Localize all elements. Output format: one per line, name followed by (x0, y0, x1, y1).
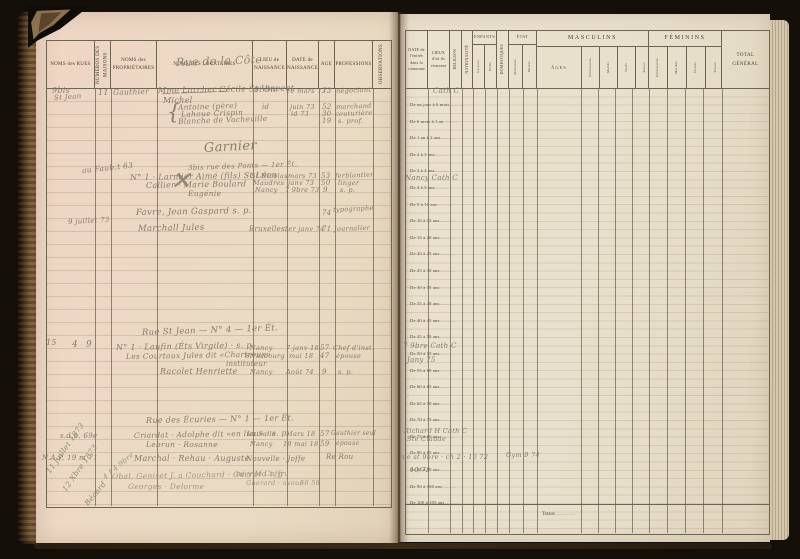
subcol-militaires: Militaires (509, 45, 523, 88)
book-bottom-edge (34, 543, 772, 549)
subcol-fem-celibataires: Célibataires (649, 47, 668, 88)
col-header-label: DATE de NAISSANCE (287, 57, 318, 72)
column-rule (462, 89, 463, 533)
column-rule (581, 89, 582, 533)
totaux-row: Totaux (406, 504, 769, 533)
age-row-label: De 5 à 10 ans (410, 202, 452, 207)
ages-label: ÂGES (551, 64, 567, 71)
col-header-label: OBSERVATIONS (378, 44, 386, 84)
left-table-body (47, 89, 391, 506)
right-table-header: DATE de l'entrée dans la commune LIEUX d… (406, 31, 769, 89)
subcol-masc-celibataires: Célibataires (582, 47, 600, 88)
subcol-label: Totaux (713, 62, 719, 73)
subcol-label: Célibataires (655, 58, 661, 77)
col-header-total-general: TOTAL GÉNÉRAL (722, 31, 769, 88)
age-row-label: De 55 à 60 ans (410, 368, 454, 373)
age-row-label: De 4 à 5 ans (410, 185, 449, 190)
age-row-label: De 30 à 35 ans (410, 285, 454, 290)
column-rule (667, 89, 668, 533)
age-row-label: De 65 à 70 ans (410, 401, 454, 406)
col-header-professions: PROFESSIONS (335, 41, 373, 88)
column-rule (703, 89, 704, 533)
col-header-religion: RELIGION (450, 31, 462, 88)
group-subcolumns: Célibataires Mariées Veuves Totaux (649, 47, 721, 88)
age-row-label: De 70 à 75 ans (410, 417, 454, 422)
column-rule (685, 89, 686, 533)
col-header-label: NOMS DES LOCATAIRES (173, 61, 235, 69)
subcol-label: Célibataires (588, 58, 594, 77)
col-group-enfants: ENFANTS Garçons Filles (473, 31, 497, 88)
col-header-label: NUMÉROS DES MAISONS (95, 42, 110, 87)
age-row-label: De un jour à 6 mois (410, 102, 464, 107)
group-title: ENFANTS (473, 31, 496, 45)
column-rule (287, 89, 288, 506)
col-header-age: AGE (319, 41, 335, 88)
column-rule (537, 89, 538, 533)
age-row-label: De 3 à 4 ans (410, 168, 449, 173)
subcol-label: Veuves (693, 62, 699, 73)
column-rule (497, 89, 498, 533)
age-row-label: De 40 à 45 ans (410, 318, 454, 323)
age-row-label: De 20 à 25 ans (410, 251, 454, 256)
age-row-label: De 85 à 90 ans (410, 467, 454, 472)
age-row-label: De 25 à 30 ans (410, 268, 454, 273)
col-header-numeros-maisons: NUMÉROS DES MAISONS (95, 41, 111, 88)
col-header-label: NOMS des PROPRIÉTAIRES (112, 57, 155, 72)
subcol-filles: Filles (485, 45, 496, 88)
age-row-label: De 60 à 65 ans (410, 384, 454, 389)
age-row-label: De 2 à 3 ans (410, 152, 449, 157)
age-row-label: De 80 à 85 ans (410, 450, 454, 455)
subcol-fem-veuves: Veuves (687, 47, 706, 88)
col-header-locataires: NOMS DES LOCATAIRES (157, 41, 253, 88)
column-rule (95, 89, 96, 506)
col-header-label: NATIONALITÉ (464, 45, 470, 74)
column-rule (319, 89, 320, 506)
age-row-label: De 15 à 20 ans (410, 235, 454, 240)
feminins-title: FÉMININS (649, 31, 721, 47)
left-register-table: NOMS des RUES NUMÉROS DES MAISONS NOMS d… (46, 40, 392, 508)
col-header-proprietaires: NOMS des PROPRIÉTAIRES (111, 41, 157, 88)
left-table-header: NOMS des RUES NUMÉROS DES MAISONS NOMS d… (47, 41, 391, 89)
col-group-masculins: MASCULINS ÂGES Célibataires Mariés Veufs… (537, 31, 649, 88)
subcol-label: Filles (488, 62, 494, 71)
subcol-marins: Marins (523, 45, 536, 88)
age-row-label: De 50 à 55 ans (410, 351, 454, 356)
col-group-etat: ÉTAT Militaires Marins (509, 31, 537, 88)
col-header-label: DATE de l'entrée dans la commune (407, 47, 426, 73)
right-register-table: DATE de l'entrée dans la commune LIEUX d… (405, 30, 770, 535)
col-header-label: TOTAL GÉNÉRAL (723, 51, 768, 69)
col-group-feminins: FÉMININS Célibataires Mariées Veuves Tot… (649, 31, 722, 88)
group-subcolumns: ÂGES Célibataires Mariés Veufs Totaux (537, 47, 648, 88)
col-header-observations: OBSERVATIONS (373, 41, 391, 88)
col-header-date-entree: DATE de l'entrée dans la commune (406, 31, 428, 88)
subcol-label: Marins (527, 61, 533, 72)
right-page-edges (770, 20, 789, 540)
column-rule (615, 89, 616, 533)
column-rule (509, 89, 510, 533)
col-header-label: NOMS des RUES (50, 61, 90, 69)
column-rule (485, 89, 486, 533)
age-row-label: De 1 an à 2 ans (410, 135, 455, 140)
column-rule (373, 89, 374, 506)
column-rule (523, 89, 524, 533)
col-header-label: PROFESSIONS (335, 61, 371, 69)
group-subcolumns: Garçons Filles (473, 45, 496, 88)
col-header-domestiques: DOMESTIQUES (497, 31, 509, 88)
column-rule (450, 89, 451, 533)
column-rule (598, 89, 599, 533)
subcol-label: Militaires (513, 59, 519, 75)
subcol-label: Garçons (476, 60, 482, 73)
subcol-fem-mariees: Mariées (668, 47, 687, 88)
col-header-label: RELIGION (452, 49, 458, 70)
subcol-label: Totaux (642, 62, 648, 73)
col-header-nationalite: NATIONALITÉ (462, 31, 473, 88)
group-title: ÉTAT (509, 31, 536, 45)
column-rule (111, 89, 112, 506)
group-subcolumns: Militaires Marins (509, 45, 536, 88)
col-header-label: LIEUX d'où ils viennent (429, 50, 448, 69)
scanned-register-spread: NOMS des RUES NUMÉROS DES MAISONS NOMS d… (0, 0, 800, 559)
column-rule (649, 89, 650, 533)
subcol-masc-maries: Mariés (600, 47, 618, 88)
col-header-label: AGE (321, 61, 332, 69)
subcol-label: Veufs (624, 63, 630, 72)
age-row-label: De 45 à 50 ans (410, 334, 454, 339)
subcol-masc-veufs: Veufs (618, 47, 636, 88)
column-rule (428, 89, 429, 533)
col-header-noms-rues: NOMS des RUES (47, 41, 95, 88)
column-rule (632, 89, 633, 533)
subcol-label: Mariées (674, 61, 680, 74)
totaux-label: Totaux (542, 512, 576, 517)
age-row-label: De 35 à 40 ans (410, 301, 454, 306)
col-header-date-naissance: DATE de NAISSANCE (287, 41, 319, 88)
subcol-ages: ÂGES (537, 47, 582, 88)
column-rule (722, 89, 723, 533)
right-table-body: De un jour à 6 moisDe 6 mois à 1 anDe 1 … (406, 89, 769, 533)
col-header-label: LIEU de NAISSANCE (254, 57, 285, 72)
masculins-title: MASCULINS (537, 31, 648, 47)
column-rule (473, 89, 474, 533)
age-row-label: De 75 à 80 ans (410, 434, 454, 439)
subcol-garcons: Garçons (473, 45, 485, 88)
column-rule (335, 89, 336, 506)
age-row-label: De 10 à 15 ans (410, 218, 454, 223)
column-rule (253, 89, 254, 506)
col-header-label: DOMESTIQUES (499, 44, 505, 74)
col-header-lieux-provenance: LIEUX d'où ils viennent (428, 31, 450, 88)
column-rule (157, 89, 158, 506)
subcol-label: Mariés (606, 62, 612, 73)
col-header-lieu-naissance: LIEU de NAISSANCE (253, 41, 287, 88)
